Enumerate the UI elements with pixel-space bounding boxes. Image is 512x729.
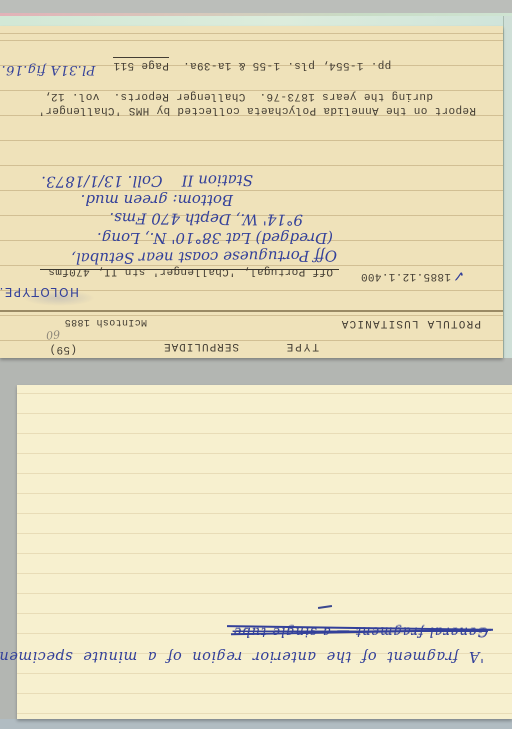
locality-line-5: Station II Coll. 13/1/1873. — [41, 171, 253, 190]
plate-reference: Pl.31A fig.16. — [1, 62, 95, 77]
author-year: McIntosh 1885 — [64, 315, 147, 328]
scan-top-strip — [0, 0, 512, 14]
specimen-note: 'A fragment of the anterior region of a … — [0, 647, 484, 664]
struck-note: General fragment — a single tube — [233, 624, 488, 639]
locality-line-2: (Dredged) Lat 38°10' N., Long. — [97, 229, 333, 246]
locality-line-4: Bottom: green mud. — [81, 191, 233, 208]
card-number: (59) — [49, 342, 77, 355]
page-reference: Page 511 — [113, 57, 169, 71]
type-label: TYPE — [285, 339, 319, 352]
pencil-number: 60 — [45, 325, 61, 343]
specimen-card-note-content: 'A fragment of the anterior region of a … — [17, 385, 512, 719]
scan-bottom-strip — [0, 719, 512, 729]
header-rule — [0, 310, 503, 312]
reference-pages: pp. 1-554, pls. 1-55 & 1a-39a. — [183, 59, 392, 71]
spacer — [99, 59, 113, 71]
locality-line-3: 9°14' W., Depth 470 Fms. — [109, 209, 303, 228]
specimen-card-note: 'A fragment of the anterior region of a … — [17, 385, 512, 719]
specimen-card-front-content: TYPE SERPULIDAE (59) 60 PROTULA LUSITANI… — [0, 26, 503, 358]
scan-right-strip — [503, 16, 512, 358]
reference-line-2: during the years 1873-76. Challenger Rep… — [44, 89, 433, 102]
reference-line-3: pp. 1-554, pls. 1-55 & 1a-39a. Page 511 … — [5, 45, 433, 88]
spacer — [169, 59, 183, 71]
species-name: PROTULA LUSITANICA — [341, 316, 481, 329]
family-label: SERPULIDAE — [163, 339, 239, 352]
tick-mark: ✓ — [452, 267, 465, 284]
pen-dash-mark — [318, 605, 332, 609]
registration-number: 1885.12.1.400 — [361, 269, 451, 282]
locality-line-1: Off Portuguese coast near Setubal, — [71, 247, 337, 267]
holotype-label: HOLOTYPE. — [0, 283, 79, 300]
reference-line-1: Report on the Annelida Polychaeta collec… — [38, 103, 476, 116]
specimen-card-front: TYPE SERPULIDAE (59) 60 PROTULA LUSITANI… — [0, 26, 503, 358]
